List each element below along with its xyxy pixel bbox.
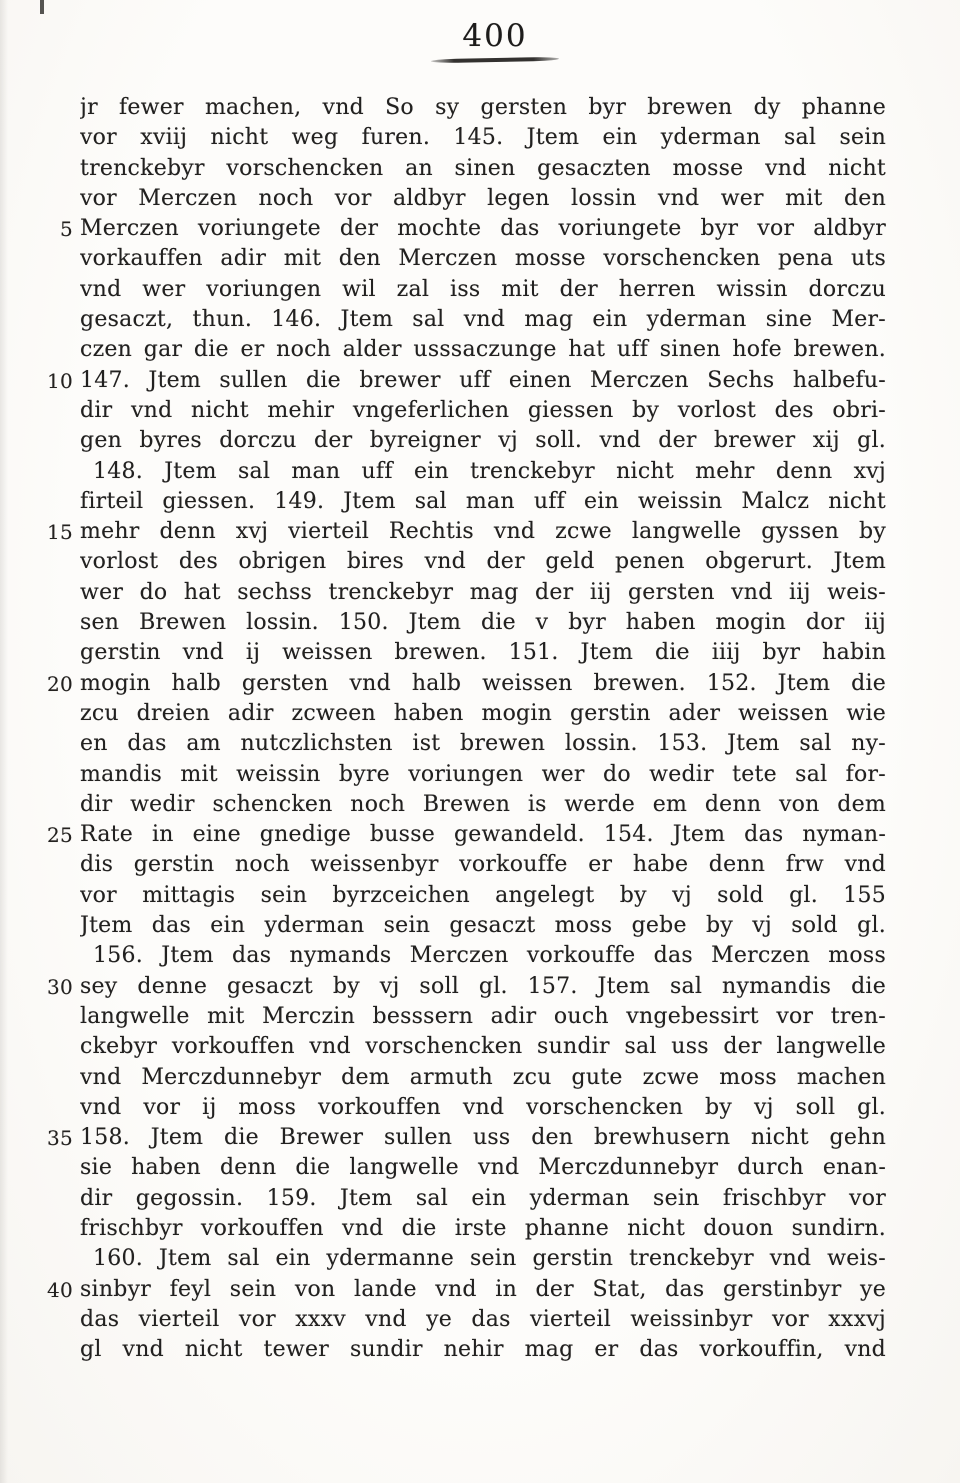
text-line: trenckebyr vorschencken an sinen gesaczt… bbox=[40, 154, 886, 184]
margin-line-number bbox=[40, 1032, 80, 1062]
text-line-content: wer do hat sechss trenckebyr mag der iij… bbox=[80, 578, 886, 608]
margin-line-number bbox=[40, 760, 80, 790]
text-line: czen gar die er noch alder usssaczunge h… bbox=[40, 335, 886, 365]
text-line: ckebyr vorkouffen vnd vorschencken sundi… bbox=[40, 1032, 886, 1062]
text-line: 40sinbyr feyl sein von lande vnd in der … bbox=[40, 1275, 886, 1305]
margin-line-number: 25 bbox=[40, 820, 80, 850]
margin-line-number bbox=[40, 184, 80, 214]
margin-line-number: 5 bbox=[40, 214, 80, 244]
margin-line-number bbox=[40, 123, 80, 153]
margin-line-number bbox=[40, 1184, 80, 1214]
text-line: gl vnd nicht tewer sundir nehir mag er d… bbox=[40, 1335, 886, 1365]
text-line: das vierteil vor xxxv vnd ye das viertei… bbox=[40, 1305, 886, 1335]
text-line: 160. Jtem sal ein ydermanne sein gerstin… bbox=[40, 1244, 886, 1274]
margin-line-number: 40 bbox=[40, 1275, 80, 1305]
text-line: Jtem das ein yderman sein gesaczt moss g… bbox=[40, 911, 886, 941]
text-line: dis gerstin noch weissenbyr vorkouffe er… bbox=[40, 850, 886, 880]
text-line: vor xviij nicht weg furen. 145. Jtem ein… bbox=[40, 123, 886, 153]
margin-line-number bbox=[40, 729, 80, 759]
margin-line-number bbox=[40, 487, 80, 517]
text-line-content: vnd wer voriungen wil zal iss mit der he… bbox=[80, 275, 886, 305]
text-line-content: langwelle mit Merczin besssern adir ouch… bbox=[80, 1002, 886, 1032]
text-line-content: dis gerstin noch weissenbyr vorkouffe er… bbox=[80, 850, 886, 880]
text-line: langwelle mit Merczin besssern adir ouch… bbox=[40, 1002, 886, 1032]
text-line-content: zcu dreien adir zcween haben mogin gerst… bbox=[80, 699, 886, 729]
text-line: 35158. Jtem die Brewer sullen uss den br… bbox=[40, 1123, 886, 1153]
margin-line-number bbox=[40, 1214, 80, 1244]
text-line: 148. Jtem sal man uff ein trenckebyr nic… bbox=[40, 457, 886, 487]
text-line-content: czen gar die er noch alder usssaczunge h… bbox=[80, 335, 886, 365]
text-line-content: firteil giessen. 149. Jtem sal man uff e… bbox=[80, 487, 886, 517]
text-line-content: 148. Jtem sal man uff ein trenckebyr nic… bbox=[80, 457, 886, 487]
text-line-content: 160. Jtem sal ein ydermanne sein gerstin… bbox=[80, 1244, 886, 1274]
text-line: en das am nutczlichsten ist brewen lossi… bbox=[40, 729, 886, 759]
text-line: 30sey denne gesaczt by vj soll gl. 157. … bbox=[40, 972, 886, 1002]
text-line-content: Jtem das ein yderman sein gesaczt moss g… bbox=[80, 911, 886, 941]
text-line-content: Merczen voriungete der mochte das voriun… bbox=[80, 214, 886, 244]
text-line-content: trenckebyr vorschencken an sinen gesaczt… bbox=[80, 154, 886, 184]
text-line: vorkauffen adir mit den Merczen mosse vo… bbox=[40, 244, 886, 274]
text-line: frischbyr vorkouffen vnd die irste phann… bbox=[40, 1214, 886, 1244]
margin-line-number bbox=[40, 244, 80, 274]
text-line-content: vnd vor ij moss vorkouffen vnd vorschenc… bbox=[80, 1093, 886, 1123]
text-line: jr fewer machen, vnd So sy gersten byr b… bbox=[40, 93, 886, 123]
text-line-content: ckebyr vorkouffen vnd vorschencken sundi… bbox=[80, 1032, 886, 1062]
margin-line-number: 15 bbox=[40, 517, 80, 547]
margin-line-number bbox=[40, 1305, 80, 1335]
text-line: dir wedir schencken noch Brewen is werde… bbox=[40, 790, 886, 820]
header-rule bbox=[431, 57, 559, 63]
margin-line-number bbox=[40, 699, 80, 729]
text-line: 156. Jtem das nymands Merczen vorkouffe … bbox=[40, 941, 886, 971]
text-line: 20mogin halb gersten vnd halb weissen br… bbox=[40, 669, 886, 699]
margin-line-number bbox=[40, 790, 80, 820]
text-line-content: vorlost des obrigen bires vnd der geld p… bbox=[80, 547, 886, 577]
text-line: sen Brewen lossin. 150. Jtem die v byr h… bbox=[40, 608, 886, 638]
text-line: mandis mit weissin byre voriungen wer do… bbox=[40, 760, 886, 790]
text-line-content: gen byres dorczu der byreigner vj soll. … bbox=[80, 426, 886, 456]
text-line-content: sinbyr feyl sein von lande vnd in der St… bbox=[80, 1275, 886, 1305]
scan-artifact bbox=[40, 0, 44, 14]
text-line: gen byres dorczu der byreigner vj soll. … bbox=[40, 426, 886, 456]
text-line: 5Merczen voriungete der mochte das voriu… bbox=[40, 214, 886, 244]
text-line: vor Merczen noch vor aldbyr legen lossin… bbox=[40, 184, 886, 214]
text-line-content: mogin halb gersten vnd halb weissen brew… bbox=[80, 669, 886, 699]
margin-line-number bbox=[40, 1335, 80, 1365]
margin-line-number: 10 bbox=[40, 366, 80, 396]
text-line-content: 156. Jtem das nymands Merczen vorkouffe … bbox=[80, 941, 886, 971]
text-line-content: vor xviij nicht weg furen. 145. Jtem ein… bbox=[80, 123, 886, 153]
text-line: firteil giessen. 149. Jtem sal man uff e… bbox=[40, 487, 886, 517]
text-line-content: dir vnd nicht mehir vngeferlichen giesse… bbox=[80, 396, 886, 426]
margin-line-number bbox=[40, 941, 80, 971]
text-line-content: sie haben denn die langwelle vnd Merczdu… bbox=[80, 1153, 886, 1183]
text-line-content: gerstin vnd ij weissen brewen. 151. Jtem… bbox=[80, 638, 886, 668]
margin-line-number bbox=[40, 881, 80, 911]
text-line-content: dir gegossin. 159. Jtem sal ein yderman … bbox=[80, 1184, 886, 1214]
text-line-content: sey denne gesaczt by vj soll gl. 157. Jt… bbox=[80, 972, 886, 1002]
text-line: zcu dreien adir zcween haben mogin gerst… bbox=[40, 699, 886, 729]
text-line: gesaczt, thun. 146. Jtem sal vnd mag ein… bbox=[40, 305, 886, 335]
text-line-content: en das am nutczlichsten ist brewen lossi… bbox=[80, 729, 886, 759]
margin-line-number bbox=[40, 911, 80, 941]
text-line-content: gl vnd nicht tewer sundir nehir mag er d… bbox=[80, 1335, 886, 1365]
text-line: 25Rate in eine gnedige busse gewandeld. … bbox=[40, 820, 886, 850]
margin-line-number bbox=[40, 1093, 80, 1123]
margin-line-number bbox=[40, 275, 80, 305]
margin-line-number bbox=[40, 426, 80, 456]
text-line: wer do hat sechss trenckebyr mag der iij… bbox=[40, 578, 886, 608]
text-line-content: vorkauffen adir mit den Merczen mosse vo… bbox=[80, 244, 886, 274]
text-line-content: jr fewer machen, vnd So sy gersten byr b… bbox=[80, 93, 886, 123]
text-line-content: 158. Jtem die Brewer sullen uss den brew… bbox=[80, 1123, 886, 1153]
margin-line-number: 20 bbox=[40, 669, 80, 699]
margin-line-number bbox=[40, 578, 80, 608]
margin-line-number bbox=[40, 305, 80, 335]
text-line: vorlost des obrigen bires vnd der geld p… bbox=[40, 547, 886, 577]
text-line-content: sen Brewen lossin. 150. Jtem die v byr h… bbox=[80, 608, 886, 638]
text-line-content: Rate in eine gnedige busse gewandeld. 15… bbox=[80, 820, 886, 850]
margin-line-number bbox=[40, 1153, 80, 1183]
margin-line-number bbox=[40, 608, 80, 638]
text-line: dir vnd nicht mehir vngeferlichen giesse… bbox=[40, 396, 886, 426]
margin-line-number bbox=[40, 457, 80, 487]
text-line: 10147. Jtem sullen die brewer uff einen … bbox=[40, 366, 886, 396]
margin-line-number bbox=[40, 335, 80, 365]
text-line: vnd Merczdunnebyr dem armuth zcu gute zc… bbox=[40, 1063, 886, 1093]
text-line-content: frischbyr vorkouffen vnd die irste phann… bbox=[80, 1214, 886, 1244]
margin-line-number bbox=[40, 1063, 80, 1093]
text-line-content: 147. Jtem sullen die brewer uff einen Me… bbox=[80, 366, 886, 396]
text-line: gerstin vnd ij weissen brewen. 151. Jtem… bbox=[40, 638, 886, 668]
body-text-block: jr fewer machen, vnd So sy gersten byr b… bbox=[40, 93, 886, 1365]
text-line: vor mittagis sein byrzceichen angelegt b… bbox=[40, 881, 886, 911]
text-line-content: vnd Merczdunnebyr dem armuth zcu gute zc… bbox=[80, 1063, 886, 1093]
page-number: 400 bbox=[420, 18, 570, 54]
margin-line-number bbox=[40, 154, 80, 184]
margin-line-number bbox=[40, 396, 80, 426]
book-page: 400 jr fewer machen, vnd So sy gersten b… bbox=[0, 0, 960, 1483]
text-line: sie haben denn die langwelle vnd Merczdu… bbox=[40, 1153, 886, 1183]
margin-line-number bbox=[40, 638, 80, 668]
margin-line-number bbox=[40, 93, 80, 123]
margin-line-number bbox=[40, 1002, 80, 1032]
margin-line-number: 30 bbox=[40, 972, 80, 1002]
text-line: dir gegossin. 159. Jtem sal ein yderman … bbox=[40, 1184, 886, 1214]
margin-line-number bbox=[40, 1244, 80, 1274]
text-line: vnd wer voriungen wil zal iss mit der he… bbox=[40, 275, 886, 305]
text-line: vnd vor ij moss vorkouffen vnd vorschenc… bbox=[40, 1093, 886, 1123]
margin-line-number bbox=[40, 547, 80, 577]
scan-gutter-shade bbox=[0, 0, 8, 1483]
text-line-content: dir wedir schencken noch Brewen is werde… bbox=[80, 790, 886, 820]
text-line-content: vor Merczen noch vor aldbyr legen lossin… bbox=[80, 184, 886, 214]
text-line-content: mandis mit weissin byre voriungen wer do… bbox=[80, 760, 886, 790]
text-line: 15mehr denn xvj vierteil Rechtis vnd zcw… bbox=[40, 517, 886, 547]
margin-line-number bbox=[40, 850, 80, 880]
margin-line-number: 35 bbox=[40, 1123, 80, 1153]
text-line-content: vor mittagis sein byrzceichen angelegt b… bbox=[80, 881, 886, 911]
text-line-content: gesaczt, thun. 146. Jtem sal vnd mag ein… bbox=[80, 305, 886, 335]
text-line-content: das vierteil vor xxxv vnd ye das viertei… bbox=[80, 1305, 886, 1335]
text-line-content: mehr denn xvj vierteil Rechtis vnd zcwe … bbox=[80, 517, 886, 547]
